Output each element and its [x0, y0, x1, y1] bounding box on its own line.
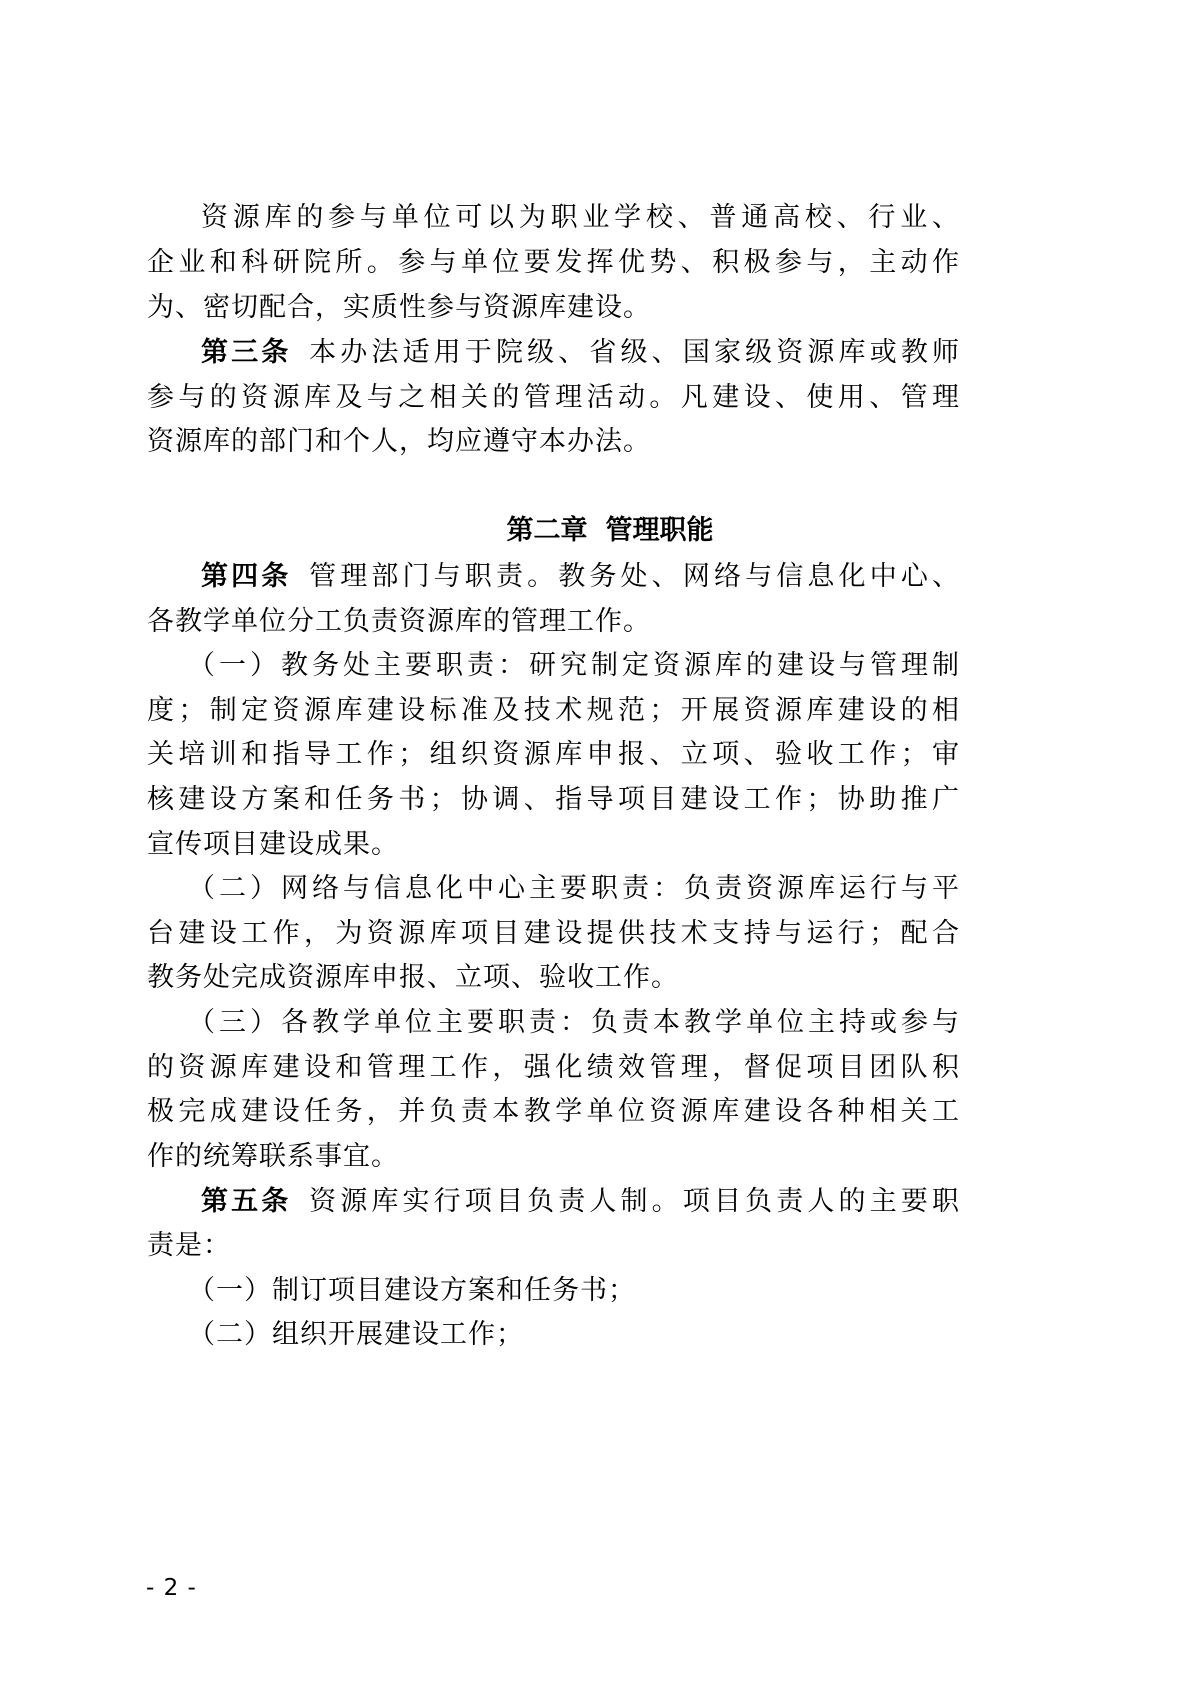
- paragraph-line: 资源库的部门和个人，均应遵守本办法。: [147, 420, 960, 464]
- page-number: - 2 -: [146, 1574, 197, 1602]
- list-item-line: （一）教务处主要职责：研究制定资源库的建设与管理制: [188, 644, 960, 688]
- chapter-heading: 第二章管理职能: [0, 509, 1190, 553]
- list-item-line: 教务处完成资源库申报、立项、验收工作。: [147, 956, 960, 1000]
- list-item-line: 的资源库建设和管理工作，强化绩效管理，督促项目团队积: [147, 1046, 960, 1090]
- list-item-line: 台建设工作，为资源库项目建设提供技术支持与运行；配合: [147, 912, 960, 956]
- chapter-title: 管理职能: [606, 515, 714, 546]
- paragraph-line: 各教学单位分工负责资源库的管理工作。: [147, 600, 960, 644]
- article-text: 本办法适用于院级、省级、国家级资源库或教师: [306, 337, 960, 368]
- article-text: 管理部门与职责。教务处、网络与信息化中心、: [306, 561, 960, 592]
- article-3-line: 第三条 本办法适用于院级、省级、国家级资源库或教师: [201, 331, 960, 375]
- list-item-line: 度；制定资源库建设标准及技术规范；开展资源库建设的相: [147, 689, 960, 733]
- article-label: 第五条: [201, 1186, 291, 1217]
- list-item-line: （二）组织开展建设工作；: [188, 1313, 960, 1357]
- chapter-number: 第二章: [507, 515, 588, 546]
- paragraph-line: 企业和科研院所。参与单位要发挥优势、积极参与，主动作: [147, 241, 960, 285]
- paragraph-line: 资源库的参与单位可以为职业学校、普通高校、行业、: [201, 196, 960, 240]
- list-item-line: （三）各教学单位主要职责：负责本教学单位主持或参与: [188, 1001, 960, 1045]
- list-item-line: 作的统筹联系事宜。: [147, 1135, 960, 1179]
- article-4-line: 第四条 管理部门与职责。教务处、网络与信息化中心、: [201, 555, 960, 599]
- list-item-line: 极完成建设任务，并负责本教学单位资源库建设各种相关工: [147, 1090, 960, 1134]
- paragraph-line: 责是：: [147, 1224, 960, 1268]
- article-label: 第四条: [201, 561, 291, 592]
- article-5-line: 第五条 资源库实行项目负责人制。项目负责人的主要职: [201, 1180, 960, 1224]
- article-label: 第三条: [201, 337, 291, 368]
- list-item-line: （二）网络与信息化中心主要职责：负责资源库运行与平: [188, 867, 960, 911]
- list-item-line: 核建设方案和任务书；协调、指导项目建设工作；协助推广: [147, 778, 960, 822]
- list-item-line: （一）制订项目建设方案和任务书；: [188, 1269, 960, 1313]
- article-text: 资源库实行项目负责人制。项目负责人的主要职: [306, 1186, 960, 1217]
- paragraph-line: 为、密切配合，实质性参与资源库建设。: [147, 286, 960, 330]
- list-item-line: 宣传项目建设成果。: [147, 823, 960, 867]
- document-page: 资源库的参与单位可以为职业学校、普通高校、行业、 企业和科研院所。参与单位要发挥…: [0, 0, 1190, 1683]
- paragraph-line: 参与的资源库及与之相关的管理活动。凡建设、使用、管理: [147, 376, 960, 420]
- list-item-line: 关培训和指导工作；组织资源库申报、立项、验收工作；审: [147, 733, 960, 777]
